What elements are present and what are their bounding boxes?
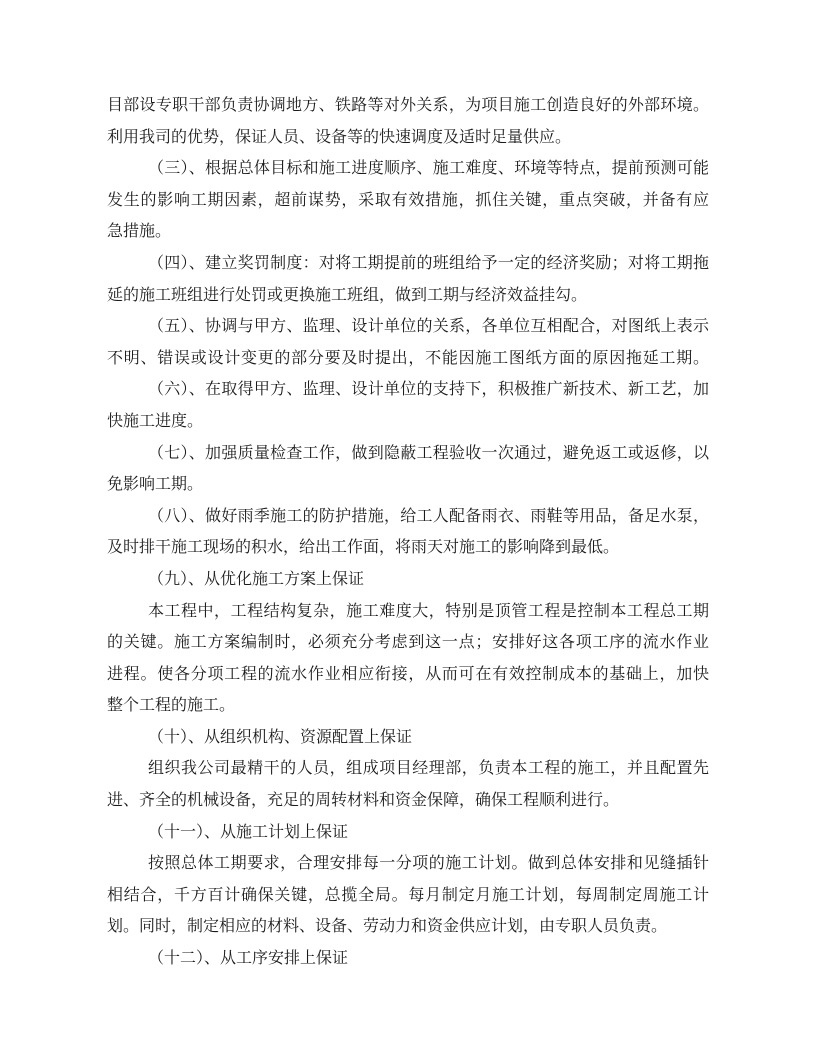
text-line: 划。同时，制定相应的材料、设备、劳动力和资金供应计划，由专职人员负责。 xyxy=(107,910,709,942)
section-heading-9: （九）、从优化施工方案上保证 xyxy=(107,563,709,595)
heading-line: （九）、从优化施工方案上保证 xyxy=(107,563,709,595)
paragraph-item-7: （七）、加强质量检查工作，做到隐蔽工程验收一次通过，避免返工或返修，以 免影响工… xyxy=(107,437,709,500)
document-page: 目部设专职干部负责协调地方、铁路等对外关系，为项目施工创造良好的外部环境。 利用… xyxy=(107,89,709,974)
text-line: 的关键。施工方案编制时，必须充分考虑到这一点；安排好这各项工序的流水作业 xyxy=(107,626,709,658)
paragraph-item-5: （五）、协调与甲方、监理、设计单位的关系，各单位互相配合，对图纸上表示 不明、错… xyxy=(107,310,709,373)
text-line: 按照总体工期要求，合理安排每一分项的施工计划。做到总体安排和见缝插针 xyxy=(107,847,709,879)
text-line: 不明、错误或设计变更的部分要及时提出，不能因施工图纸方面的原因拖延工期。 xyxy=(107,342,709,374)
paragraph-item-3: （三）、根据总体目标和施工进度顺序、施工难度、环境等特点，提前预测可能 发生的影… xyxy=(107,152,709,247)
paragraph-10: 组织我公司最精干的人员，组成项目经理部，负责本工程的施工，并且配置先 进、齐全的… xyxy=(107,752,709,815)
text-line: 相结合，千方百计确保关键，总揽全局。每月制定月施工计划，每周制定周施工计 xyxy=(107,879,709,911)
text-line: 及时排干施工现场的积水，给出工作面，将雨天对施工的影响降到最低。 xyxy=(107,531,709,563)
text-line: 整个工程的施工。 xyxy=(107,689,709,721)
text-line: 利用我司的优势，保证人员、设备等的快速调度及适时足量供应。 xyxy=(107,121,709,153)
text-line: 组织我公司最精干的人员，组成项目经理部，负责本工程的施工，并且配置先 xyxy=(107,752,709,784)
section-heading-12: （十二）、从工序安排上保证 xyxy=(107,942,709,974)
text-line: （六）、在取得甲方、监理、设计单位的支持下，积极推广新技术、新工艺，加 xyxy=(107,373,709,405)
heading-line: （十一）、从施工计划上保证 xyxy=(107,816,709,848)
section-heading-11: （十一）、从施工计划上保证 xyxy=(107,816,709,848)
text-line: 快施工进度。 xyxy=(107,405,709,437)
text-line: 急措施。 xyxy=(107,215,709,247)
text-line: （八）、做好雨季施工的防护措施，给工人配备雨衣、雨鞋等用品，备足水泵， xyxy=(107,500,709,532)
text-line: （三）、根据总体目标和施工进度顺序、施工难度、环境等特点，提前预测可能 xyxy=(107,152,709,184)
paragraph-item-4: （四）、建立奖罚制度：对将工期提前的班组给予一定的经济奖励；对将工期拖 延的施工… xyxy=(107,247,709,310)
text-line: 进、齐全的机械设备，充足的周转材料和资金保障，确保工程顺利进行。 xyxy=(107,784,709,816)
text-line: 延的施工班组进行处罚或更换施工班组，做到工期与经济效益挂勾。 xyxy=(107,279,709,311)
text-line: 本工程中，工程结构复杂，施工难度大，特别是顶管工程是控制本工程总工期 xyxy=(107,595,709,627)
text-line: 发生的影响工期因素，超前谋势，采取有效措施，抓住关键，重点突破，并备有应 xyxy=(107,184,709,216)
text-line: 免影响工期。 xyxy=(107,468,709,500)
heading-line: （十二）、从工序安排上保证 xyxy=(107,942,709,974)
paragraph-9: 本工程中，工程结构复杂，施工难度大，特别是顶管工程是控制本工程总工期 的关键。施… xyxy=(107,595,709,721)
text-line: 目部设专职干部负责协调地方、铁路等对外关系，为项目施工创造良好的外部环境。 xyxy=(107,89,709,121)
text-line: （七）、加强质量检查工作，做到隐蔽工程验收一次通过，避免返工或返修，以 xyxy=(107,437,709,469)
heading-line: （十）、从组织机构、资源配置上保证 xyxy=(107,721,709,753)
text-line: （四）、建立奖罚制度：对将工期提前的班组给予一定的经济奖励；对将工期拖 xyxy=(107,247,709,279)
text-line: 进程。使各分项工程的流水作业相应衔接，从而可在有效控制成本的基础上，加快 xyxy=(107,658,709,690)
paragraph-item-6: （六）、在取得甲方、监理、设计单位的支持下，积极推广新技术、新工艺，加 快施工进… xyxy=(107,373,709,436)
paragraph-11: 按照总体工期要求，合理安排每一分项的施工计划。做到总体安排和见缝插针 相结合，千… xyxy=(107,847,709,942)
text-line: （五）、协调与甲方、监理、设计单位的关系，各单位互相配合，对图纸上表示 xyxy=(107,310,709,342)
section-heading-10: （十）、从组织机构、资源配置上保证 xyxy=(107,721,709,753)
paragraph-item-8: （八）、做好雨季施工的防护措施，给工人配备雨衣、雨鞋等用品，备足水泵， 及时排干… xyxy=(107,500,709,563)
paragraph-continued: 目部设专职干部负责协调地方、铁路等对外关系，为项目施工创造良好的外部环境。 利用… xyxy=(107,89,709,152)
